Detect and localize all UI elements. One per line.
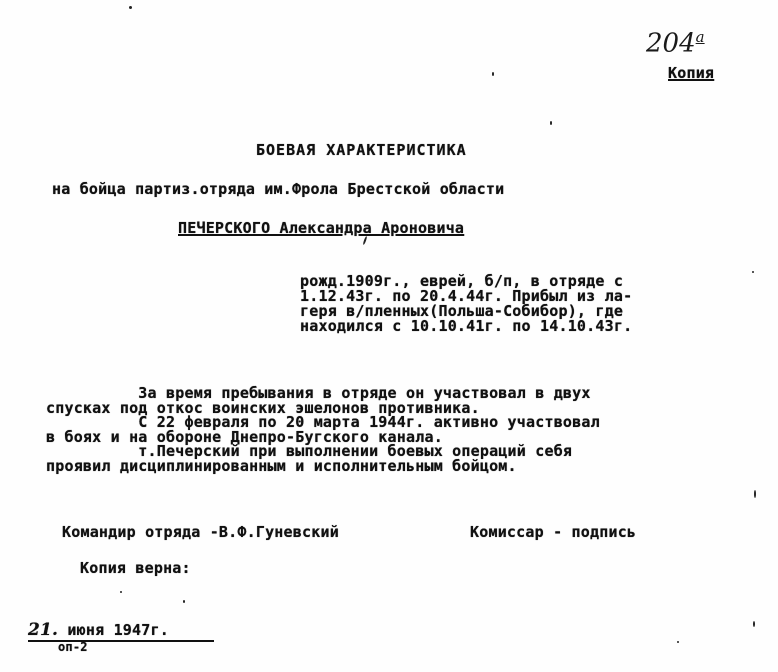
commander-signature: Командир отряда -В.Ф.Гуневский [62,523,339,541]
commissar-signature: Комиссар - подпись [470,523,636,541]
scan-speck [363,236,368,245]
scan-speck [492,72,494,76]
scan-speck [754,490,756,498]
archive-number-value: 204 [646,29,696,59]
date-month-year: июня 1947г. [67,621,169,639]
bio-line: находился с 10.10.41г. по 14.10.43г. [300,319,632,334]
scan-speck [753,621,755,627]
certified-copy-label: Копия верна: [80,559,191,577]
date-underline [28,640,214,642]
archive-number-suffix: а [696,28,705,46]
copy-mark: Копия [668,64,714,82]
body-paragraphs: За время пребывания в отряде он участвов… [46,386,600,473]
certification-date: 21. июня 1947г. [28,620,169,640]
person-name: ПЕЧЕРСКОГО Александра Ароновича [178,219,464,237]
scan-speck [183,600,185,603]
scan-speck [550,121,552,125]
document-title: БОЕВАЯ ХАРАКТЕРИСТИКА [256,141,467,159]
scan-speck [129,6,132,9]
scan-speck [677,641,679,643]
body-line: проявил дисциплинированным и исполнитель… [46,459,600,474]
scan-speck [752,271,754,273]
bio-block: рожд.1909г., еврей, б/п, в отряде с 1.12… [300,274,632,334]
scan-speck [120,591,122,593]
document-subtitle: на бойца партиз.отряда им.Фрола Брестско… [52,180,504,198]
archive-number: 204а [646,28,705,59]
date-day: 21. [28,620,58,640]
document-page: 204а Копия БОЕВАЯ ХАРАКТЕРИСТИКА на бойц… [0,0,778,672]
date-reference: оп-2 [58,640,88,654]
